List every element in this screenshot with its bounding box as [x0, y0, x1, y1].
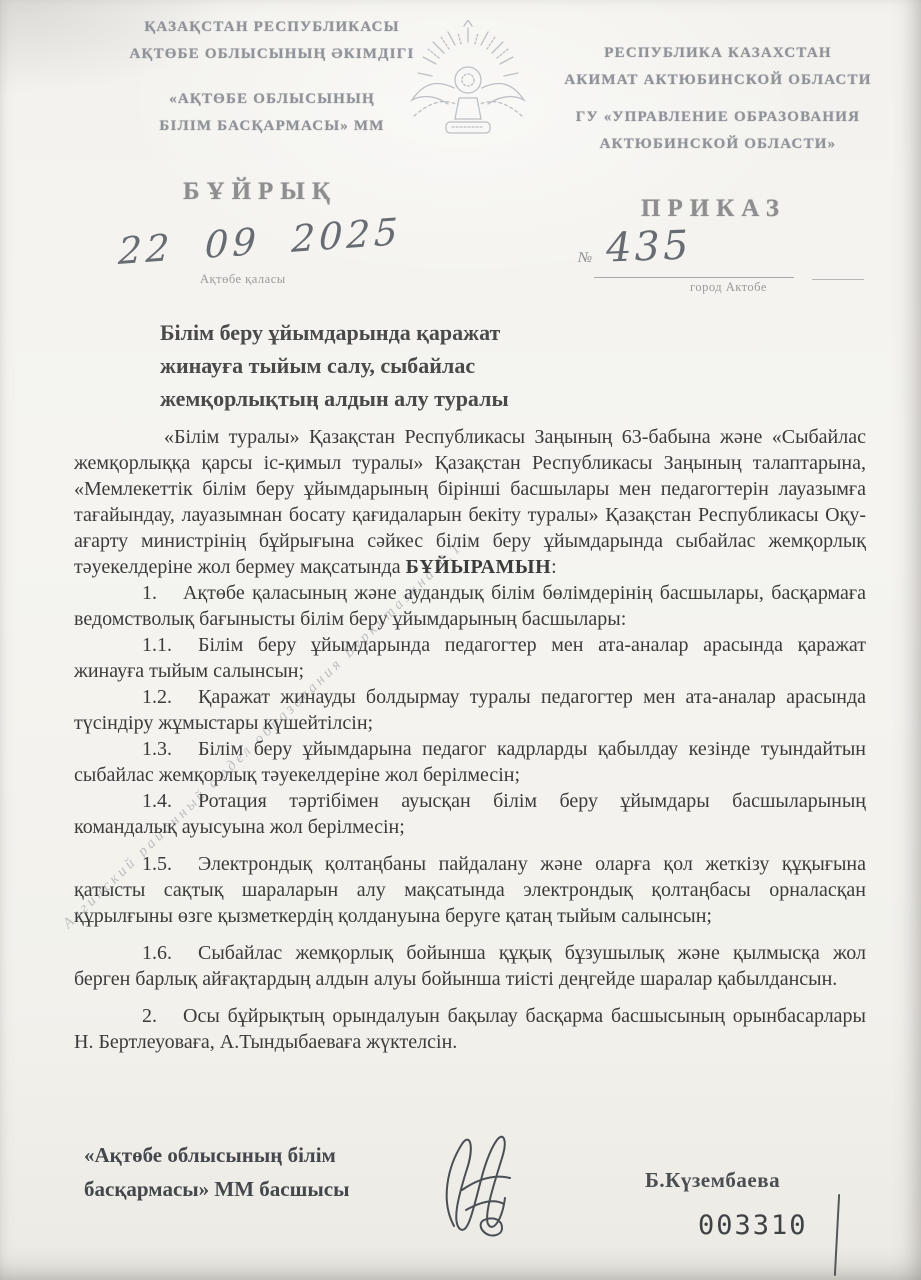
order-item-1-6: 1.6.Сыбайлас жемқорлық бойынша құқық бұз…	[74, 940, 866, 992]
order-subject-line3: жемқорлықтың алдын алу туралы	[160, 382, 610, 415]
item-number: 1.4.	[142, 790, 172, 812]
org-subname-ru-line1: ГУ «УПРАВЛЕНИЕ ОБРАЗОВАНИЯ	[528, 104, 908, 131]
org-subname-ru: ГУ «УПРАВЛЕНИЕ ОБРАЗОВАНИЯ АКТЮБИНСКОЙ О…	[528, 104, 908, 158]
item-text: Электрондық қолтаңбаны пайдалану және ол…	[74, 853, 866, 927]
number-underline-short	[812, 279, 864, 280]
resolve-word: БҰЙЫРАМЫН	[406, 556, 552, 578]
resolve-colon: :	[551, 556, 557, 578]
item-text: Қаражат жинауды болдырмау туралы педагог…	[74, 686, 866, 734]
item-text: Ротация тәртібімен ауысқан білім беру ұй…	[74, 790, 866, 838]
place-label-ru: город Актобе	[690, 280, 767, 295]
item-text: Ақтөбе қаласының және аудандық білім бөл…	[74, 582, 866, 630]
item-number: 1.1.	[142, 634, 172, 656]
org-name-ru-line1: РЕСПУБЛИКА КАЗАХСТАН	[528, 40, 908, 67]
item-text: Білім беру ұйымдарына педагог кадрларды …	[74, 738, 866, 786]
item-text: Осы бұйрықтың орындалуын бақылау басқарм…	[74, 1005, 866, 1053]
handwritten-date: 22 09 2025	[118, 210, 403, 273]
signer-name: Б.Күзембаева	[645, 1168, 780, 1193]
order-item-1-2: 1.2.Қаражат жинауды болдырмау туралы пед…	[74, 684, 866, 736]
order-body: «Білім туралы» Қазақстан Республикасы За…	[74, 424, 866, 1055]
org-name-ru-line2: АКИМАТ АКТЮБИНСКОЙ ОБЛАСТИ	[528, 67, 908, 94]
item-number: 1.	[142, 582, 157, 604]
order-heading-ru: ПРИКАЗ	[641, 195, 786, 223]
item-text: Сыбайлас жемқорлық бойынша құқық бұзушыл…	[74, 942, 866, 990]
org-subname-ru-line2: АКТЮБИНСКОЙ ОБЛАСТИ»	[528, 131, 908, 158]
pen-stroke-mark	[834, 1194, 840, 1276]
order-heading-kk: БҰЙРЫҚ	[183, 178, 337, 206]
kazakhstan-state-emblem-icon	[398, 20, 538, 148]
number-sign: №	[578, 250, 592, 267]
item-number: 1.5.	[142, 853, 172, 875]
signatory-position: «Ақтөбе облысының білім басқармасы» ММ б…	[84, 1138, 404, 1206]
handwritten-order-number: 435	[605, 223, 692, 272]
place-label-kk: Ақтөбе қаласы	[200, 272, 286, 287]
order-item-1-3: 1.3.Білім беру ұйымдарына педагог кадрла…	[74, 736, 866, 788]
order-item-1-4: 1.4.Ротация тәртібімен ауысқан білім бер…	[74, 788, 866, 840]
item-number: 1.3.	[142, 738, 172, 760]
order-item-2: 2.Осы бұйрықтың орындалуын бақылау басқа…	[74, 1003, 866, 1055]
item-number: 1.2.	[142, 686, 172, 708]
signatory-position-line2: басқармасы» ММ басшысы	[84, 1172, 404, 1206]
order-item-1-1: 1.1.Білім беру ұйымдарында педагогтер ме…	[74, 632, 866, 684]
order-subject: Білім беру ұйымдарында қаражат жинауға т…	[160, 316, 610, 415]
order-item-1: 1.Ақтөбе қаласының және аудандық білім б…	[74, 580, 866, 632]
order-subject-line2: жинауға тыйым салу, сыбайлас	[160, 349, 610, 382]
item-number: 2.	[142, 1005, 157, 1027]
preamble-paragraph: «Білім туралы» Қазақстан Республикасы За…	[74, 424, 866, 580]
order-subject-line1: Білім беру ұйымдарында қаражат	[160, 316, 610, 349]
org-name-ru: РЕСПУБЛИКА КАЗАХСТАН АКИМАТ АКТЮБИНСКОЙ …	[528, 40, 908, 94]
item-number: 1.6.	[142, 942, 172, 964]
signatory-position-line1: «Ақтөбе облысының білім	[84, 1138, 404, 1172]
handwritten-signature-mark	[432, 1128, 527, 1243]
scanned-order-document: ҚАЗАҚСТАН РЕСПУБЛИКАСЫ АҚТӨБЕ ОБЛЫСЫНЫҢ …	[0, 0, 921, 1280]
number-underline	[594, 277, 794, 278]
order-item-1-5: 1.5.Электрондық қолтаңбаны пайдалану жән…	[74, 851, 866, 929]
item-text: Білім беру ұйымдарында педагогтер мен ат…	[74, 634, 866, 682]
document-registration-number: 003310	[698, 1210, 808, 1241]
